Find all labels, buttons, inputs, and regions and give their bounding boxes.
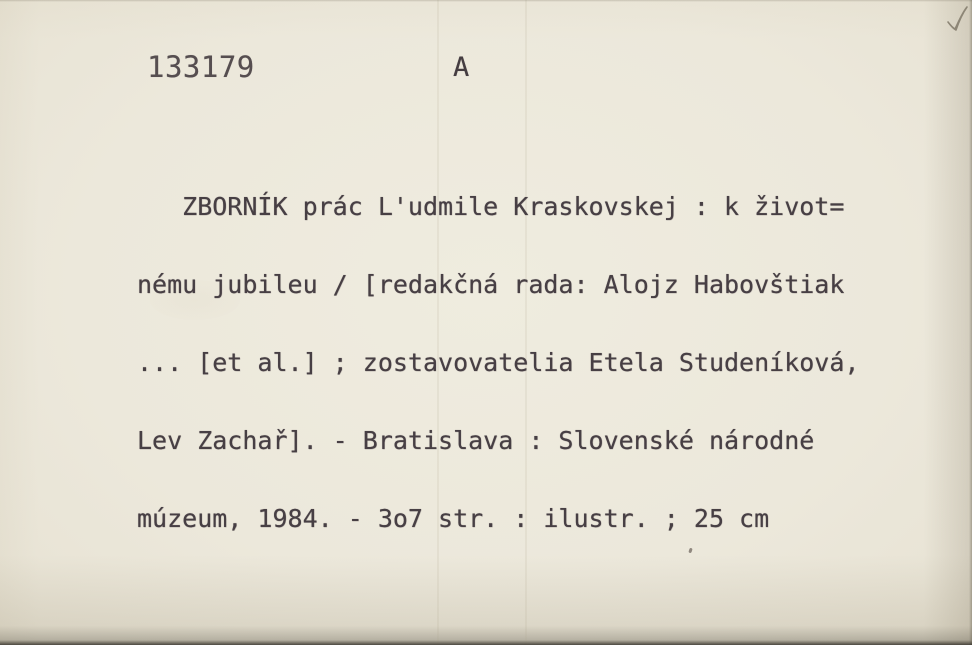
entry-line-2: nému jubileu / [redakčná rada: Alojz Hab…	[137, 272, 859, 298]
entry-line-3: ... [et al.] ; zostavovatelia Etela Stud…	[137, 350, 859, 376]
heading-letter: A	[453, 52, 469, 83]
entry-line-4: Lev Zachař]. - Bratislava : Slovenské ná…	[137, 428, 859, 454]
accession-number: 133179	[147, 50, 255, 84]
scan-edge-top	[0, 0, 972, 2]
entry-line-5: múzeum, 1984. - 3o7 str. : ilustr. ; 25 …	[137, 506, 859, 532]
catalog-card-scan: 133179 A ZBORNÍK prác L'udmile Kraskovsk…	[0, 0, 972, 645]
scan-edge-bottom	[0, 640, 972, 645]
entry-line-1: ZBORNÍK prác L'udmile Kraskovskej : k ži…	[137, 194, 859, 220]
bibliographic-entry: ZBORNÍK prác L'udmile Kraskovskej : k ži…	[137, 142, 859, 584]
checkmark-icon	[944, 4, 970, 36]
